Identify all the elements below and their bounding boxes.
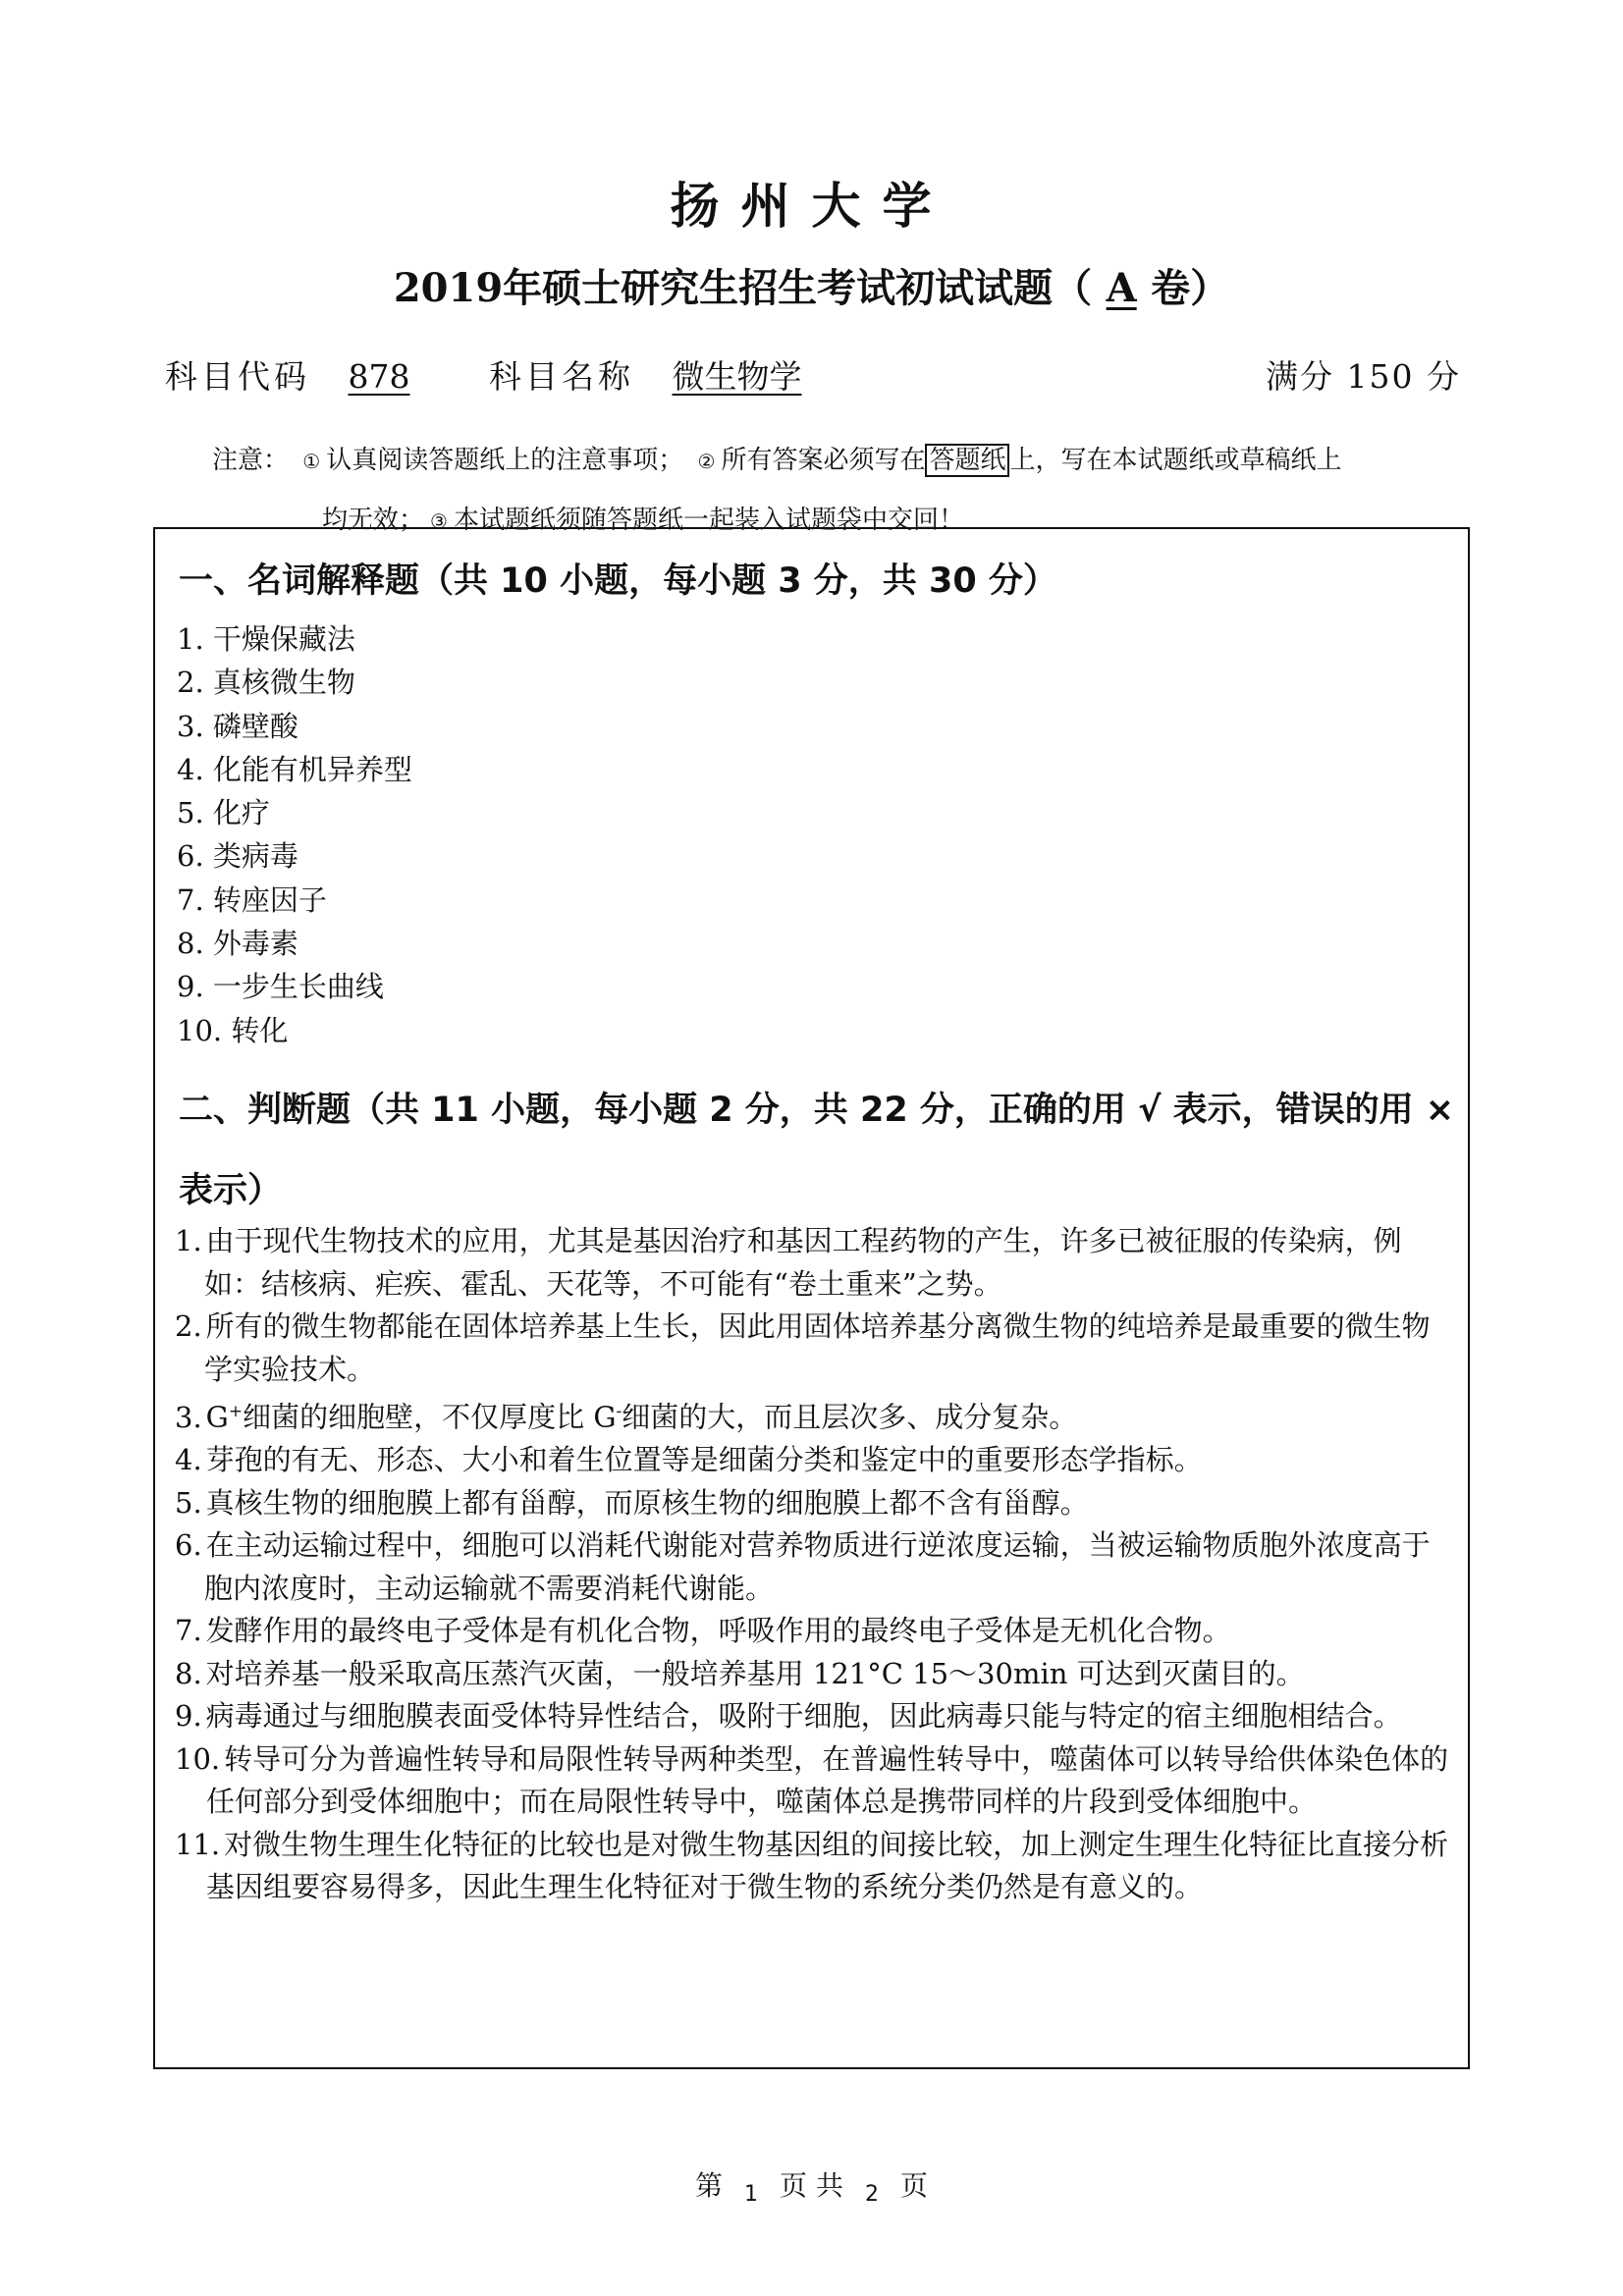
- item-number: 4.: [175, 1443, 202, 1476]
- notice-item-1: 认真阅读答题纸上的注意事项；: [326, 446, 683, 475]
- footer-suffix: 页: [900, 2169, 928, 2202]
- item-text: 类病毒: [213, 839, 298, 873]
- item-text: 真核微生物: [213, 666, 355, 699]
- circled-one-icon: ①: [302, 450, 320, 473]
- list-item: 5. 化疗: [177, 791, 412, 834]
- item-number: 7.: [177, 883, 204, 917]
- true-false-list: 1.由于现代生物技术的应用，尤其是基因治疗和基因工程药物的产生，许多已被征服的传…: [175, 1220, 1457, 1909]
- full-score: 满分 150 分: [1266, 351, 1461, 398]
- item-text: 对微生物生理生化特征的比较也是对微生物基因组的间接比较，加上测定生理生化特征比直…: [206, 1828, 1448, 1904]
- list-item: 8.对培养基一般采取高压蒸汽灭菌，一般培养基用 121°C 15～30min 可…: [175, 1653, 1457, 1696]
- list-item: 8. 外毒素: [177, 922, 412, 965]
- exam-title-suffix: 卷）: [1151, 265, 1229, 311]
- item-number: 9.: [175, 1699, 202, 1733]
- item-text: 发酵作用的最终电子受体是有机化合物，呼吸作用的最终电子受体是无机化合物。: [206, 1614, 1231, 1647]
- list-item: 9. 一步生长曲线: [177, 965, 412, 1008]
- item-number: 4.: [177, 753, 204, 786]
- list-item: 1.由于现代生物技术的应用，尤其是基因治疗和基因工程药物的产生，许多已被征服的传…: [175, 1220, 1457, 1306]
- term-definition-list: 1. 干燥保藏法 2. 真核微生物 3. 磷壁酸 4. 化能有机异养型 5. 化…: [177, 617, 412, 1052]
- list-item: 6. 类病毒: [177, 834, 412, 878]
- item-text: 病毒通过与细胞膜表面受体特异性结合，吸附于细胞，因此病毒只能与特定的宿主细胞相结…: [206, 1699, 1402, 1733]
- item-number: 11.: [175, 1828, 220, 1861]
- item-text: 外毒素: [213, 927, 298, 960]
- item-number: 3.: [177, 710, 204, 743]
- item-number: 10.: [175, 1742, 220, 1776]
- subject-code-label: 科目代码: [165, 357, 310, 396]
- item-number: 3.: [175, 1401, 202, 1434]
- list-item: 10. 转化: [177, 1009, 412, 1052]
- item-number: 2.: [175, 1309, 202, 1343]
- subject-name: 微生物学: [673, 351, 802, 398]
- notice-item-2-after: 上，写在本试题纸或草稿纸上: [1009, 446, 1341, 475]
- university-name: 扬州大学: [0, 167, 1623, 238]
- item-text: 转座因子: [213, 883, 327, 917]
- item-text: 细菌的细胞壁，不仅厚度比 G: [243, 1401, 616, 1434]
- list-item: 9.病毒通过与细胞膜表面受体特异性结合，吸附于细胞，因此病毒只能与特定的宿主细胞…: [175, 1695, 1457, 1738]
- exam-page: 扬州大学 2019年硕士研究生招生考试初试试题（A卷） 科目代码 878 科目名…: [0, 0, 1623, 2296]
- page-footer: 第1页 共2页: [0, 2164, 1623, 2204]
- item-text: 由于现代生物技术的应用，尤其是基因治疗和基因工程药物的产生，许多已被征服的传染病…: [204, 1224, 1402, 1301]
- item-number: 9.: [177, 970, 204, 1003]
- subject-name-label: 科目名称: [489, 357, 634, 396]
- item-text: 对培养基一般采取高压蒸汽灭菌，一般培养基用 121°C 15～30min 可达到…: [206, 1657, 1305, 1690]
- item-number: 5.: [175, 1486, 202, 1520]
- item-number: 5.: [177, 796, 204, 829]
- list-item: 3. 磷壁酸: [177, 705, 412, 748]
- list-item: 7.发酵作用的最终电子受体是有机化合物，呼吸作用的最终电子受体是无机化合物。: [175, 1610, 1457, 1653]
- item-text: 转导可分为普遍性转导和局限性转导两种类型，在普遍性转导中，噬菌体可以转导给供体染…: [206, 1742, 1448, 1819]
- list-item: 7. 转座因子: [177, 879, 412, 922]
- list-item: 4.芽孢的有无、形态、大小和着生位置等是细菌分类和鉴定中的重要形态学指标。: [175, 1439, 1457, 1482]
- item-text: G: [206, 1401, 229, 1434]
- item-number: 6.: [177, 839, 204, 873]
- section-2-heading: 二、判断题（共 11 小题，每小题 2 分，共 22 分，正确的用 √ 表示，错…: [179, 1070, 1455, 1231]
- item-text: 化能有机异养型: [213, 753, 412, 786]
- questions-frame: 一、名词解释题（共 10 小题，每小题 3 分，共 30 分） 1. 干燥保藏法…: [153, 527, 1470, 2069]
- exam-title: 2019年硕士研究生招生考试初试试题（A卷）: [0, 257, 1623, 313]
- section-1-heading: 一、名词解释题（共 10 小题，每小题 3 分，共 30 分）: [179, 554, 1057, 603]
- list-item: 3.G+细菌的细胞壁，不仅厚度比 G-细菌的大，而且层次多、成分复杂。: [175, 1391, 1457, 1439]
- item-text: 一步生长曲线: [213, 970, 384, 1003]
- answer-sheet-boxed-text: 答题纸: [925, 444, 1009, 477]
- item-text: 细菌的大，而且层次多、成分复杂。: [622, 1401, 1077, 1434]
- list-item: 6.在主动运输过程中，细胞可以消耗代谢能对营养物质进行逆浓度运输，当被运输物质胞…: [175, 1524, 1457, 1610]
- list-item: 2. 真核微生物: [177, 661, 412, 704]
- item-text: 转化: [231, 1014, 288, 1047]
- item-text: 在主动运输过程中，细胞可以消耗代谢能对营养物质进行逆浓度运输，当被运输物质胞外浓…: [204, 1528, 1431, 1605]
- notice-item-2-before: 所有答案必须写在: [721, 446, 925, 475]
- subject-info-row: 科目代码 878 科目名称 微生物学 满分 150 分: [165, 351, 1461, 398]
- list-item: 1. 干燥保藏法: [177, 617, 412, 661]
- gram-positive-superscript: +: [229, 1402, 243, 1421]
- item-number: 2.: [177, 666, 204, 699]
- item-text: 磷壁酸: [213, 710, 298, 743]
- list-item: 4. 化能有机异养型: [177, 748, 412, 791]
- list-item: 2.所有的微生物都能在固体培养基上生长，因此用固体培养基分离微生物的纯培养是最重…: [175, 1306, 1457, 1391]
- item-text: 干燥保藏法: [213, 622, 355, 656]
- list-item: 5.真核生物的细胞膜上都有甾醇，而原核生物的细胞膜上都不含有甾醇。: [175, 1482, 1457, 1525]
- paper-version: A: [1092, 265, 1151, 311]
- item-number: 1.: [175, 1224, 202, 1257]
- item-text: 芽孢的有无、形态、大小和着生位置等是细菌分类和鉴定中的重要形态学指标。: [206, 1443, 1203, 1476]
- item-number: 6.: [175, 1528, 202, 1562]
- item-text: 真核生物的细胞膜上都有甾醇，而原核生物的细胞膜上都不含有甾醇。: [206, 1486, 1089, 1520]
- list-item: 11.对微生物生理生化特征的比较也是对微生物基因组的间接比较，加上测定生理生化特…: [175, 1824, 1457, 1909]
- list-item: 10.转导可分为普遍性转导和局限性转导两种类型，在普遍性转导中，噬菌体可以转导给…: [175, 1738, 1457, 1824]
- footer-middle: 页 共: [780, 2169, 843, 2202]
- notice-label: 注意：: [212, 446, 289, 475]
- subject-code: 878: [349, 357, 410, 396]
- item-text: 所有的微生物都能在固体培养基上生长，因此用固体培养基分离微生物的纯培养是最重要的…: [204, 1309, 1431, 1386]
- current-page-number: 1: [744, 2182, 758, 2207]
- item-number: 10.: [177, 1014, 222, 1047]
- circled-two-icon: ②: [698, 450, 716, 473]
- item-text: 化疗: [213, 796, 270, 829]
- item-number: 8.: [175, 1657, 202, 1690]
- item-number: 8.: [177, 927, 204, 960]
- total-pages: 2: [865, 2182, 879, 2207]
- exam-title-prefix: 2019年硕士研究生招生考试初试试题（: [394, 265, 1092, 311]
- footer-prefix: 第: [695, 2169, 723, 2202]
- item-number: 7.: [175, 1614, 202, 1647]
- item-number: 1.: [177, 622, 204, 656]
